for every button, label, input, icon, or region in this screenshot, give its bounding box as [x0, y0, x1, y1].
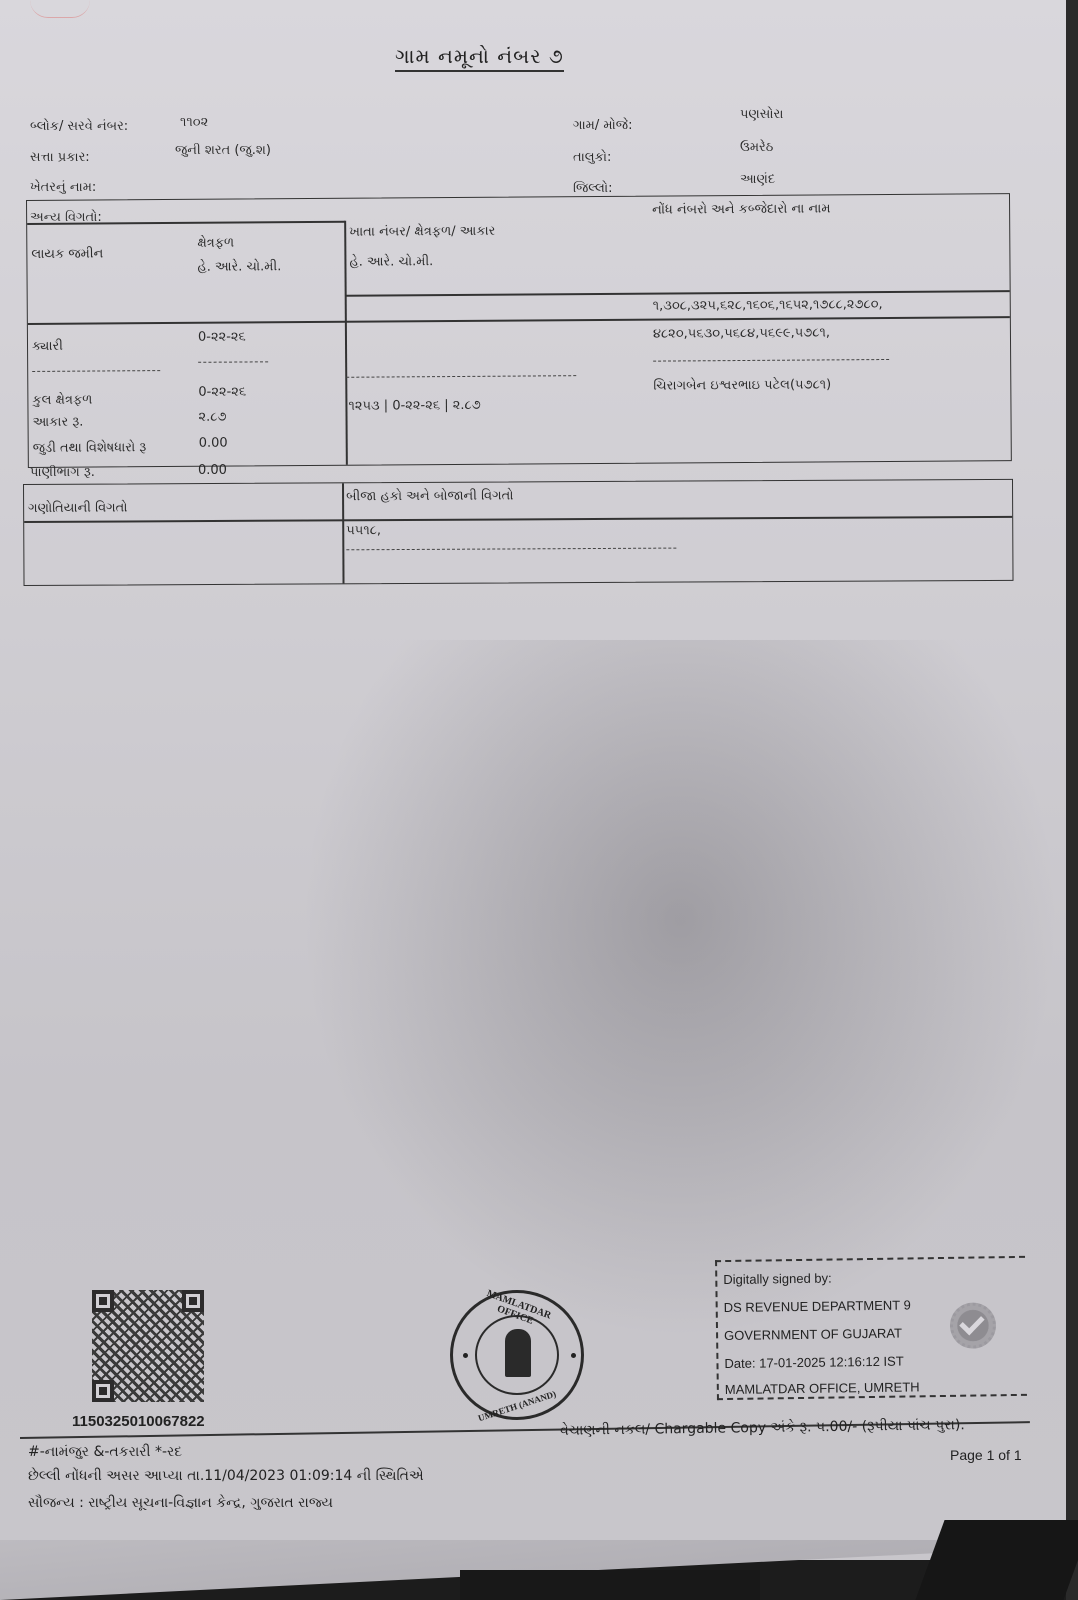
- land-row-value: 0-૨૨-૨૬: [198, 384, 246, 399]
- signature-line: MAMLATDAR OFFICE, UMRETH: [725, 1379, 920, 1397]
- header-entries: નોંધ નંબરો અને કબ્જેદારો ના નામ: [652, 201, 831, 217]
- tenure-type-value: જુની શરત (જુ.શ): [175, 143, 271, 158]
- land-row-value: 0.00: [199, 436, 228, 451]
- taluka-label: તાલુકો:: [573, 150, 611, 165]
- document-title: ગામ નમૂનો નંબર ૭: [395, 44, 564, 72]
- survey-number-value: ૧૧૦૨: [180, 115, 208, 130]
- last-entry-status: છેલ્લી નોંધની અસર આપ્યા તા.11/04/2023 01…: [28, 1468, 424, 1484]
- tenure-type-label: સત્તા પ્રકાર:: [30, 150, 90, 165]
- qr-finder: [92, 1290, 114, 1312]
- dash-separator: [653, 359, 889, 362]
- pen-mark: [30, 0, 90, 18]
- background-surface: [460, 1570, 760, 1600]
- header-area-unit: હે. આરે. ચો.મી.: [197, 259, 281, 275]
- header-khata-unit: હે. આરે. ચો.મી.: [349, 254, 433, 270]
- land-row-value: 0.00: [198, 463, 227, 478]
- khata-entry: ૧૨૫૩ | 0-૨૨-૨૬ | ૨.૮૭: [348, 398, 480, 414]
- survey-number-label: બ્લોક/ સરવે નંબર:: [30, 119, 128, 134]
- row-divider: [346, 290, 1010, 296]
- row-divider: [24, 516, 1012, 523]
- land-row-value: ૨.૮૭: [198, 410, 226, 425]
- row-divider: [28, 316, 1010, 324]
- qr-finder: [92, 1380, 114, 1402]
- document-page: ગામ નમૂનો નંબર ૭ બ્લોક/ સરવે નંબર: ૧૧૦૨ …: [0, 0, 1068, 1560]
- header-area: ક્ષેત્રફળ: [197, 236, 234, 251]
- status-legend: #-નામંજુર &-તકરારી *-રદ: [28, 1444, 182, 1460]
- header-land-type: લાયક જમીન: [31, 246, 103, 262]
- digital-signature-box: Digitally signed by: DS REVENUE DEPARTME…: [715, 1256, 1027, 1400]
- qr-number: 1150325010067822: [72, 1413, 205, 1430]
- national-emblem-icon: [505, 1329, 531, 1377]
- land-row-label: જુડી તથા વિશેષધારો રૂ: [33, 440, 147, 456]
- col-divider: [344, 221, 347, 465]
- dash-separator: [198, 361, 268, 362]
- owner-name: ચિરાગબેન ઇશ્વરભાઇ પટેલ(૫૭૮૧): [653, 377, 831, 393]
- taluka-value: ઉમરેઠ: [740, 140, 773, 155]
- seal-dot: [463, 1353, 468, 1358]
- qr-finder: [182, 1290, 204, 1312]
- village-value: પણસોરા: [740, 107, 783, 122]
- signature-line: Digitally signed by:: [723, 1271, 832, 1288]
- page-number: Page 1 of 1: [950, 1447, 1022, 1463]
- credit-text: સૌજન્ય : રાષ્ટ્રીય સૂચના-વિજ્ઞાન કેન્દ્ર…: [28, 1495, 333, 1511]
- land-row-label: કુલ ક્ષેત્રફળ: [32, 393, 92, 408]
- background-edge: [1066, 0, 1078, 1600]
- signature-line: Date: 17-01-2025 12:16:12 IST: [724, 1354, 903, 1372]
- check-mark: [959, 1310, 984, 1336]
- rights-header: બીજા હકો અને બોજાની વિગતો: [346, 488, 513, 504]
- village-label: ગામ/ મોજે:: [573, 118, 632, 133]
- qr-code: [92, 1290, 204, 1402]
- land-row-value: 0-૨૨-૨૬: [198, 329, 246, 344]
- dash-separator: [32, 370, 160, 372]
- seal-dot: [571, 1353, 576, 1358]
- header-khata: ખાતા નંબર/ ક્ષેત્રફળ/ આકાર: [349, 224, 495, 240]
- dash-separator: [346, 375, 576, 378]
- mamlatdar-seal: MAMLATDAR OFFICE UMRETH (ANAND): [450, 1290, 584, 1420]
- land-row-label: ક્યારી: [32, 339, 63, 354]
- signature-line: DS REVENUE DEPARTMENT 9: [724, 1297, 911, 1315]
- row-divider: [27, 221, 345, 225]
- dash-separator: [346, 548, 676, 551]
- rights-value: ૫૫૧૮,: [346, 523, 381, 538]
- district-value: આણંદ: [740, 172, 775, 187]
- copy-fee-text: વેચાણની નકલ/ Chargable Copy અંકે રૂ. ૫.0…: [560, 1417, 965, 1439]
- background-surface: [915, 1520, 1078, 1600]
- signature-line: GOVERNMENT OF GUJARAT: [724, 1326, 902, 1343]
- entry-numbers-line2: ૪૮૨૦,૫૬૩૦,૫૬૮૪,૫૬૯૯,૫૭૮૧,: [653, 325, 830, 341]
- rights-table: ગણોતિયાની વિગતો બીજા હકો અને બોજાની વિગત…: [23, 479, 1014, 586]
- photo-shadow: [300, 640, 1060, 1340]
- field-name-label: ખેતરનું નામ:: [30, 180, 96, 195]
- verified-check-icon: [950, 1302, 997, 1349]
- col-divider: [342, 483, 344, 583]
- entry-numbers-line1: ૧,૩૦૮,૩૨૫,૬૨૮,૧૬૦૬,૧૬૫૨,૧૭૮૮,૨૭૮૦,: [653, 297, 883, 314]
- land-row-label: પાણીભાગ રૂ.: [30, 465, 95, 480]
- land-row-label: આકાર રૂ.: [33, 415, 84, 430]
- tenant-header: ગણોતિયાની વિગતો: [28, 500, 127, 516]
- land-table: લાયક જમીન ક્ષેત્રફળ હે. આરે. ચો.મી. ખાતા…: [26, 193, 1012, 468]
- district-label: જિલ્લો:: [573, 181, 612, 196]
